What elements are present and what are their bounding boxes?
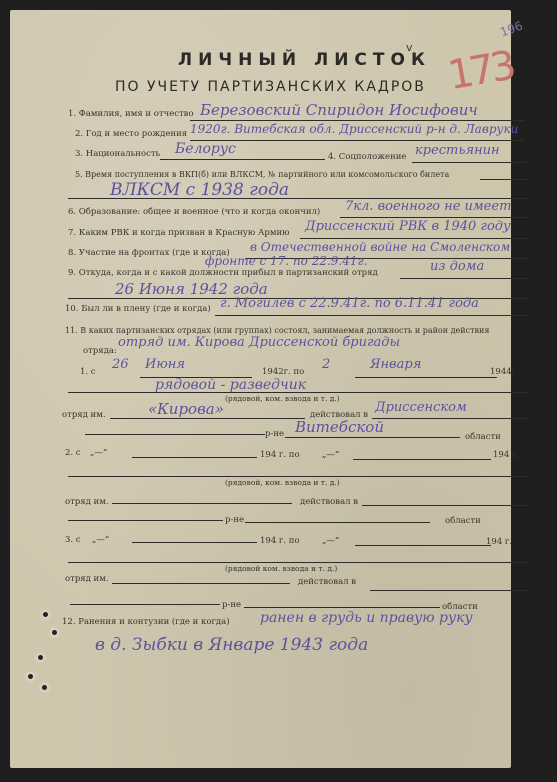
entry-3-position-line xyxy=(68,562,528,563)
field-6-value: 7кл. военного не имеет xyxy=(345,199,511,214)
field-6-label: 6. Образование: общее и военное (что и к… xyxy=(68,207,320,217)
entry-2-oblast-line xyxy=(245,522,430,523)
entry-1-position-line xyxy=(68,392,528,393)
field-9-line-a xyxy=(400,278,528,279)
entry-1-oblast-line xyxy=(285,437,460,438)
field-11-otryad-label: отряда: xyxy=(83,346,117,356)
entry-3-line-to xyxy=(355,545,491,546)
entry-2-oblast-label: области xyxy=(445,516,481,526)
entry-2-acted-label: действовал в xyxy=(300,497,358,507)
field-9-value: из дома xyxy=(430,259,484,274)
entry-1-num: 1. с xyxy=(80,367,96,377)
entry-1-rayon-label: р-не xyxy=(265,429,284,439)
field-12-value: ранен в грудь и правую руку xyxy=(260,610,473,626)
field-4-line xyxy=(412,162,527,163)
entry-2-position-line xyxy=(68,476,528,477)
document-subtitle: ПО УЧЕТУ ПАРТИЗАНСКИХ КАДРОВ xyxy=(115,79,426,95)
entry-2-rayon-label: р-не xyxy=(225,515,244,525)
entry-1-year-to: 1944г. xyxy=(490,367,519,377)
entry-1-day-from: 26 xyxy=(112,357,129,372)
entry-1-line-to xyxy=(355,377,497,378)
entry-2-num: 2. с xyxy=(65,448,81,458)
entry-1-acted-in: Дриссенском xyxy=(375,400,467,415)
field-5-label: 5. Время поступления в ВКП(б) или ВЛКСМ,… xyxy=(75,170,449,179)
field-10-label: 10. Был ли в плену (где и когда) xyxy=(65,304,211,314)
entry-2-quote: „—“ xyxy=(90,448,107,458)
binder-hole xyxy=(28,674,33,679)
entry-3-otryad-line xyxy=(112,583,290,584)
entry-3-num: 3. с xyxy=(65,535,81,545)
entry-3-year-from: 194 г. по xyxy=(260,536,300,546)
entry-3-otryad-im-label: отряд им. xyxy=(65,574,109,584)
field-12-value-2: в д. Зыбки в Январе 1943 года xyxy=(95,635,368,655)
entry-3-quote: „—“ xyxy=(92,535,109,545)
field-3-value: Белорус xyxy=(175,141,236,157)
field-7-label: 7. Каким РВК и когда призван в Красную А… xyxy=(68,228,290,238)
entry-1-oblast-label: области xyxy=(465,432,501,442)
field-5-value: ВЛКСМ с 1938 года xyxy=(110,180,289,200)
field-12-label: 12. Ранения и контузии (где и когда) xyxy=(62,617,230,627)
entry-2-otryad-line xyxy=(112,503,292,504)
field-1-label: 1. Фамилия, имя и отчество xyxy=(68,109,194,119)
entry-3-acted-label: действовал в xyxy=(298,577,356,587)
entry-3-rayon-label: р-не xyxy=(222,600,241,610)
entry-1-otryad-im-label: отряд им. xyxy=(62,410,106,420)
field-10-value: г. Могилев с 22.9.41г. по 6.11.41 года xyxy=(220,296,479,311)
entry-2-line-to xyxy=(353,459,491,460)
entry-2-quote-to: „—“ xyxy=(322,450,339,460)
entry-1-month-from: Июня xyxy=(145,357,185,372)
binder-hole xyxy=(52,630,57,635)
field-4-value: крестьянин xyxy=(415,143,500,158)
entry-1-oblast-value: Витебской xyxy=(295,418,384,436)
field-8-value-2: фронте с 17. по 22.9.41г. xyxy=(205,254,367,268)
entry-1-rayon-line xyxy=(85,434,265,435)
entry-3-oblast-line xyxy=(244,607,440,608)
entry-1-otryad-im: «Кирова» xyxy=(148,400,224,418)
field-11-otryad-value: отряд им. Кирова Дриссенской бригады xyxy=(118,335,400,350)
entry-3-position-hint: (рядовой ком. взвода и т. д.) xyxy=(225,564,337,573)
field-1-line xyxy=(190,120,525,121)
entry-1-year-from: 1942г. по xyxy=(262,367,304,377)
entry-1-month-to: Января xyxy=(370,357,421,372)
field-9-label: 9. Откуда, когда и с какой должности при… xyxy=(68,268,378,278)
entry-3-rayon-line xyxy=(70,604,220,605)
field-7-value: Дриссенский РВК в 1940 году xyxy=(305,219,511,234)
entry-2-acted-line xyxy=(362,505,528,506)
entry-3-line-from xyxy=(132,542,257,543)
entry-3-quote-to: „—“ xyxy=(322,536,339,546)
entry-2-line-from xyxy=(132,457,257,458)
document-title: ЛИЧНЫЙ ЛИСТОК xyxy=(178,50,431,70)
entry-2-year-to: 194 г. xyxy=(493,450,519,460)
field-11-label: 11. В каких партизанских отрядах (или гр… xyxy=(65,326,489,335)
field-7-line xyxy=(300,238,528,239)
field-8-value: в Отечественной войне на Смоленском xyxy=(250,240,510,254)
entry-3-acted-line xyxy=(370,590,528,591)
field-2-label: 2. Год и место рождения xyxy=(75,129,187,139)
entry-1-position: рядовой - разведчик xyxy=(155,377,306,393)
entry-2-rayon-line xyxy=(68,520,223,521)
entry-1-acted-line xyxy=(372,418,528,419)
binder-hole xyxy=(38,655,43,660)
field-3-line xyxy=(160,159,325,160)
entry-2-otryad-im-label: отряд им. xyxy=(65,497,109,507)
field-10-line xyxy=(215,315,528,316)
entry-1-otryad-line xyxy=(110,418,305,419)
entry-2-position-hint: (рядовой, ком. взвода и т. д.) xyxy=(225,478,340,487)
binder-hole xyxy=(43,612,48,617)
entry-1-position-hint: (рядовой, ком. взвода и т. д.) xyxy=(225,394,340,403)
field-2-value: 1920г. Витебская обл. Дриссенский р-н д.… xyxy=(190,122,518,136)
field-6-line xyxy=(340,217,528,218)
entry-3-year-to: 194 г. xyxy=(486,537,512,547)
field-3-label: 3. Национальность xyxy=(75,149,160,159)
entry-2-year-from: 194 г. по xyxy=(260,450,300,460)
binder-hole xyxy=(42,685,47,690)
entry-1-day-to: 2 xyxy=(322,357,330,372)
check-mark: v xyxy=(406,41,413,54)
field-4-label: 4. Соцположение xyxy=(328,152,406,162)
field-1-value: Березовский Спиридон Иосифович xyxy=(200,101,478,119)
field-5-line-a xyxy=(480,179,527,180)
field-2-line xyxy=(190,140,525,141)
